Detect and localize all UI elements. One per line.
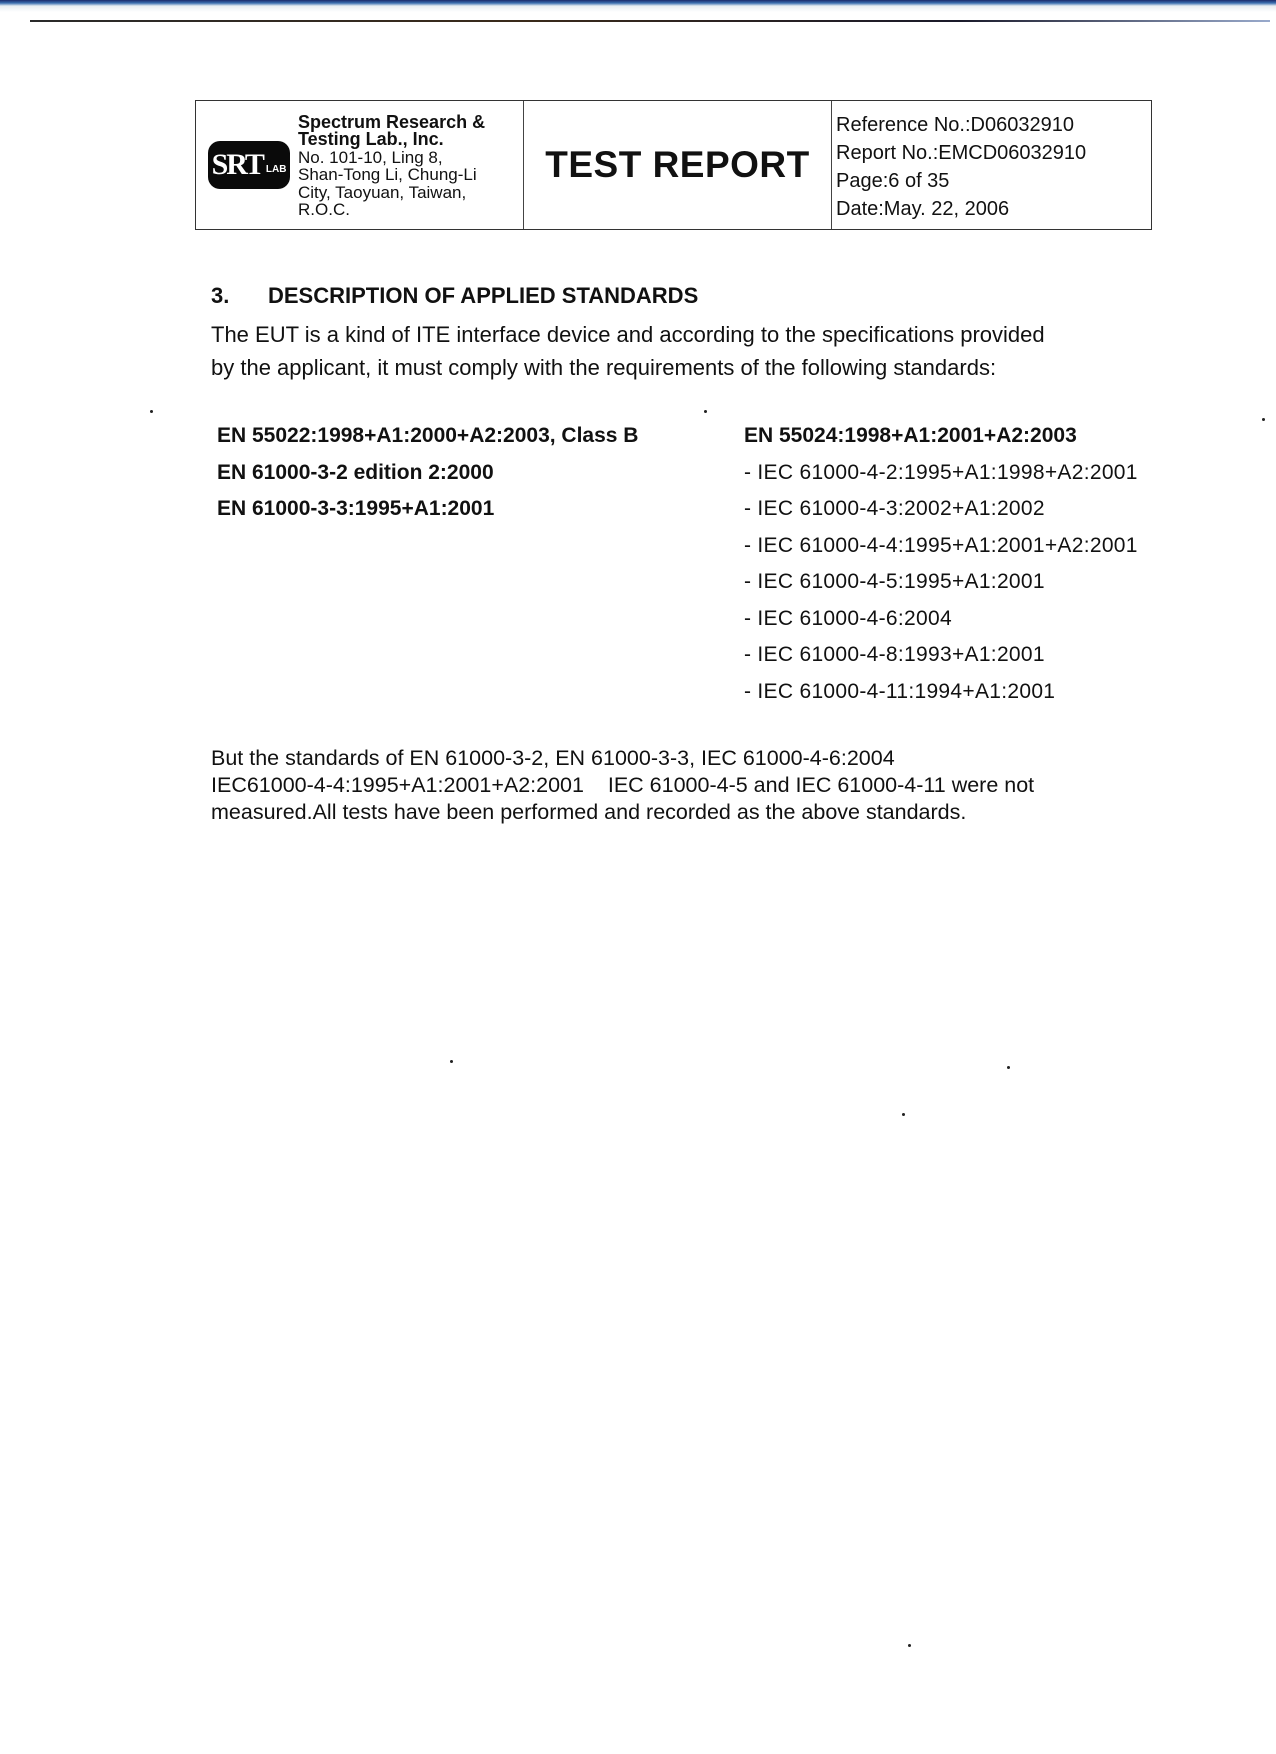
note-line: IEC61000-4-4:1995+A1:2001+A2:2001 IEC 61… <box>211 772 1171 799</box>
lab-details: Spectrum Research & Testing Lab., Inc. N… <box>298 112 485 219</box>
standard-subitem: - IEC 61000-4-3:2002+A1:2002 <box>744 491 1138 528</box>
standard-subitem: - IEC 61000-4-11:1994+A1:2001 <box>744 674 1138 711</box>
intro-line: by the applicant, it must comply with th… <box>211 351 1161 384</box>
scan-speck <box>450 1060 453 1063</box>
section-title: DESCRIPTION OF APPLIED STANDARDS <box>268 283 698 308</box>
page-number: Page:6 of 35 <box>836 167 1151 195</box>
scan-speck <box>1007 1066 1010 1069</box>
scan-speck <box>150 410 153 413</box>
reference-number: Reference No.:D06032910 <box>836 111 1151 139</box>
measurement-note: But the standards of EN 61000-3-2, EN 61… <box>211 745 1171 826</box>
logo-main-text: SRT <box>212 148 263 182</box>
intro-line: The EUT is a kind of ITE interface devic… <box>211 318 1161 351</box>
logo-sub-text: LAB <box>266 164 287 175</box>
srt-lab-logo: SRT LAB <box>208 141 290 189</box>
standard-subitem: - IEC 61000-4-2:1995+A1:1998+A2:2001 <box>744 455 1138 492</box>
report-number: Report No.:EMCD06032910 <box>836 139 1151 167</box>
standard-subitem: - IEC 61000-4-8:1993+A1:2001 <box>744 637 1138 674</box>
scan-speck <box>1262 418 1265 421</box>
note-line: measured.All tests have been performed a… <box>211 799 1171 826</box>
report-meta-cell: Reference No.:D06032910 Report No.:EMCD0… <box>832 101 1151 229</box>
lab-address-line: City, Taoyuan, Taiwan, <box>298 184 485 202</box>
standard-item: EN 55022:1998+A1:2000+A2:2003, Class B <box>217 418 638 455</box>
report-title: TEST REPORT <box>545 144 810 186</box>
section-intro: The EUT is a kind of ITE interface devic… <box>211 318 1161 384</box>
lab-address-line: No. 101-10, Ling 8, <box>298 149 485 167</box>
header-rule <box>30 20 1270 22</box>
title-cell: TEST REPORT <box>524 101 832 229</box>
immunity-standard-heading: EN 55024:1998+A1:2001+A2:2003 <box>744 418 1138 455</box>
standard-item: EN 61000-3-3:1995+A1:2001 <box>217 491 638 528</box>
scan-speck <box>704 410 707 413</box>
lab-name-line2: Testing Lab., Inc. <box>298 131 485 149</box>
lab-address-line: R.O.C. <box>298 201 485 219</box>
report-date: Date:May. 22, 2006 <box>836 195 1151 223</box>
immunity-standards-list: EN 55024:1998+A1:2001+A2:2003 - IEC 6100… <box>744 418 1138 710</box>
section-number: 3. <box>211 283 268 309</box>
scan-speck <box>902 1113 905 1116</box>
note-line: But the standards of EN 61000-3-2, EN 61… <box>211 745 1171 772</box>
lab-info-cell: SRT LAB Spectrum Research & Testing Lab.… <box>196 101 524 229</box>
scan-speck <box>908 1644 911 1647</box>
scan-edge <box>0 0 1276 12</box>
emission-standards-list: EN 55022:1998+A1:2000+A2:2003, Class B E… <box>217 418 638 528</box>
standard-subitem: - IEC 61000-4-4:1995+A1:2001+A2:2001 <box>744 528 1138 565</box>
standard-item: EN 61000-3-2 edition 2:2000 <box>217 455 638 492</box>
report-header: SRT LAB Spectrum Research & Testing Lab.… <box>195 100 1152 230</box>
standard-subitem: - IEC 61000-4-5:1995+A1:2001 <box>744 564 1138 601</box>
lab-address-line: Shan-Tong Li, Chung-Li <box>298 166 485 184</box>
section-heading: 3.DESCRIPTION OF APPLIED STANDARDS <box>211 283 698 309</box>
standard-subitem: - IEC 61000-4-6:2004 <box>744 601 1138 638</box>
